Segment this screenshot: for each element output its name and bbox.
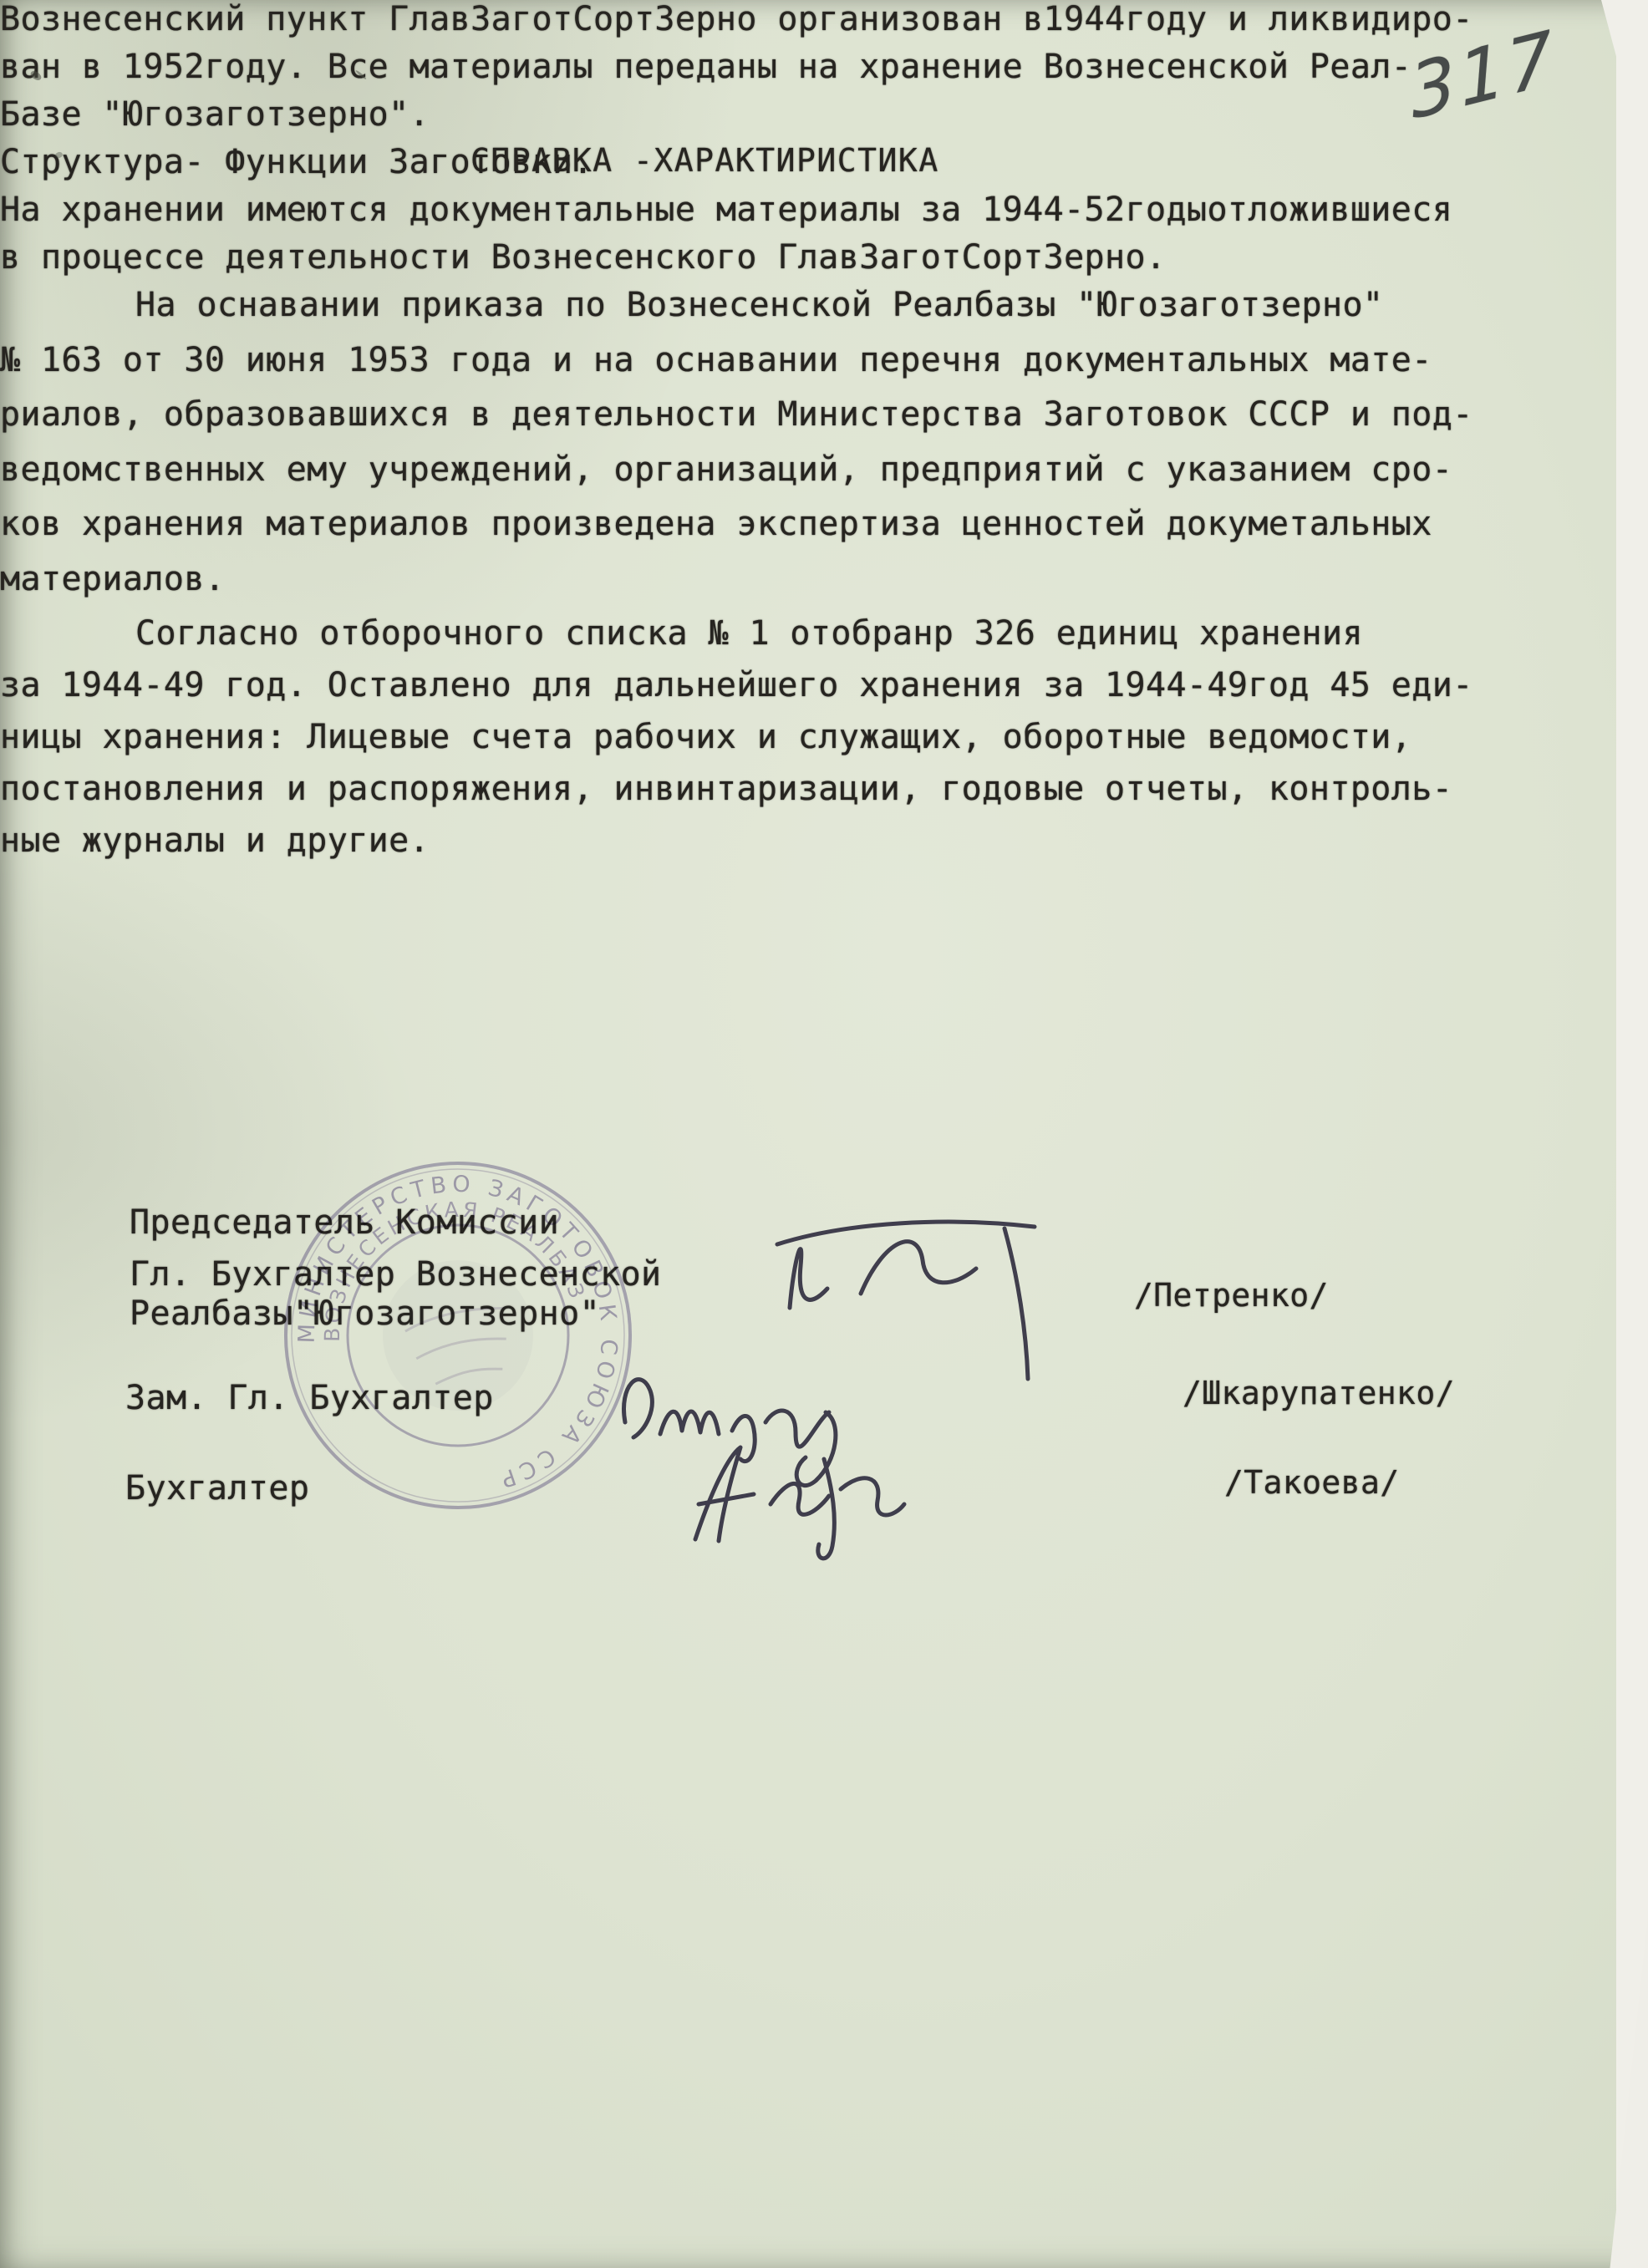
signature-ink-shkarupatenko: [623, 1380, 835, 1486]
official-stamp: МИНИСТЕРСТВО ЗАГОТОВОК СОЮЗА ССР ВОЗНЕСЕ…: [249, 1126, 666, 1543]
scanned-document-page: 317 СПРАВКА -ХАРАКТИРИСТИКА Вознесенский…: [0, 0, 1648, 2268]
stamp-center-blot: [367, 1244, 549, 1426]
signature-ink-petrenko: [777, 1222, 1035, 1379]
ink-overlay: МИНИСТЕРСТВО ЗАГОТОВОК СОЮЗА ССР ВОЗНЕСЕ…: [0, 0, 1648, 2268]
